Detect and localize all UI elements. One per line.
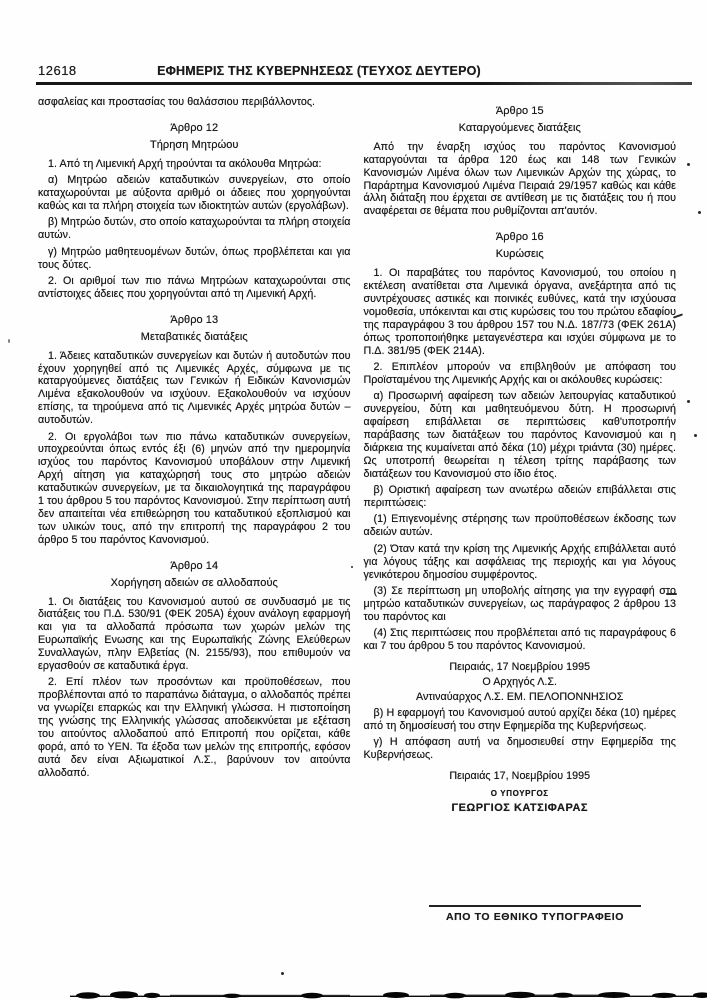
minister-name: ΓΕΩΡΓΙΟΣ ΚΑΤΣΙΦΑΡΑΣ — [364, 802, 677, 815]
article-subtitle: Χορήγηση αδειών σε αλλοδαπούς — [38, 577, 351, 590]
scan-speck — [687, 400, 690, 403]
paragraph: 1. Οι παραβάτες του παρόντος Κανονισμού,… — [364, 267, 677, 357]
left-column: ασφαλείας και προστασίας του θαλάσσιου π… — [38, 92, 351, 815]
paragraph: α) Μητρώο αδειών καταδυτικών συνεργείων,… — [38, 174, 351, 213]
footer-imprint-text: ΑΠΟ ΤΟ ΕΘΝΙΚΟ ΤΥΠΟΓΡΑΦΕΙΟ — [446, 911, 624, 923]
scan-speck — [687, 163, 690, 166]
paragraph: 2. Οι εργολάβοι των πιο πάνω καταδυτικών… — [38, 431, 351, 547]
paragraph: β) Μητρώο δυτών, στο οποίο καταχωρούνται… — [38, 216, 351, 242]
article-heading: Άρθρο 15 — [364, 105, 677, 118]
paragraph: 1. Οι διατάξεις του Κανονισμού αυτού σε … — [38, 596, 351, 673]
header-title: ΕΦΗΜΕΡΙΣ ΤΗΣ ΚΥΒΕΡΝΗΣΕΩΣ (ΤΕΥΧΟΣ ΔΕΥΤΕΡΟ… — [110, 64, 678, 78]
signature-line: Ο Αρχηγός Λ.Σ. — [364, 676, 677, 689]
date-line: Πειραιάς, 17 Νοεμβρίου 1995 — [364, 661, 677, 674]
paragraph: (2) Όταν κατά την κρίση της Λιμενικής Αρ… — [364, 543, 677, 582]
article-heading: Άρθρο 14 — [38, 560, 351, 573]
footer-imprint: ΑΠΟ ΤΟ ΕΘΝΙΚΟ ΤΥΠΟΓΡΑΦΕΙΟ — [429, 905, 641, 923]
header-rule — [36, 82, 692, 85]
paragraph: α) Προσωρινή αφαίρεση των αδειών λειτουρ… — [364, 390, 677, 480]
paragraph: 1. Από τη Λιμενική Αρχή τηρούνται τα ακό… — [38, 158, 351, 171]
page-number: 12618 — [38, 63, 110, 78]
signature-line: Αντιναύαρχος Λ.Σ. ΕΜ. ΠΕΛΟΠΟΝΝΗΣΙΟΣ — [364, 691, 677, 704]
scan-speck — [8, 339, 10, 343]
paragraph-continued: ασφαλείας και προστασίας του θαλάσσιου π… — [38, 96, 351, 109]
minister-title: Ο ΥΠΟΥΡΓΟΣ — [364, 788, 677, 801]
scan-speck — [281, 972, 284, 975]
article-subtitle: Μεταβατικές διατάξεις — [38, 331, 351, 344]
article-heading: Άρθρο 12 — [38, 122, 351, 135]
article-subtitle: Καταργούμενες διατάξεις — [364, 122, 677, 135]
gazette-page: 12618 ΕΦΗΜΕΡΙΣ ΤΗΣ ΚΥΒΕΡΝΗΣΕΩΣ (ΤΕΥΧΟΣ Δ… — [0, 0, 707, 1000]
article-heading: Άρθρο 13 — [38, 314, 351, 327]
article-subtitle: Τήρηση Μητρώου — [38, 139, 351, 152]
document-body: ασφαλείας και προστασίας του θαλάσσιου π… — [38, 92, 676, 815]
date-line: Πειραιάς 17, Νοεμβρίου 1995 — [364, 770, 677, 783]
paragraph: β) Η εφαρμογή του Κανονισμού αυτού αρχίζ… — [364, 707, 677, 733]
scan-speck — [694, 434, 697, 437]
scan-edge-artifact — [0, 986, 707, 1000]
paragraph: (3) Σε περίπτωση μη υποβολής αίτησης για… — [364, 585, 677, 624]
paragraph: (4) Στις περιπτώσεις που προβλέπεται από… — [364, 627, 677, 653]
scan-speck — [666, 593, 677, 595]
scan-speck — [351, 566, 353, 568]
scan-speck — [698, 211, 701, 214]
paragraph: β) Οριστική αφαίρεση των ανωτέρω αδειών … — [364, 484, 677, 510]
paragraph: γ) Μητρώο μαθητευομένων δυτών, όπως προβ… — [38, 246, 351, 272]
paragraph: γ) Η απόφαση αυτή να δημοσιευθεί στην Εφ… — [364, 736, 677, 762]
paragraph: 2. Οι αριθμοί των πιο πάνω Μητρώων καταχ… — [38, 275, 351, 301]
article-heading: Άρθρο 16 — [364, 231, 677, 244]
right-column: Άρθρο 15Καταργούμενες διατάξειςΑπό την έ… — [364, 92, 677, 815]
article-subtitle: Κυρώσεις — [364, 248, 677, 261]
page-header: 12618 ΕΦΗΜΕΡΙΣ ΤΗΣ ΚΥΒΕΡΝΗΣΕΩΣ (ΤΕΥΧΟΣ Δ… — [38, 63, 678, 78]
paragraph: 1. Άδειες καταδυτικών συνεργείων και δυτ… — [38, 350, 351, 427]
paragraph: 2. Επί πλέον των προσόντων και προϋποθέσ… — [38, 676, 351, 779]
paragraph: (1) Επιγενομένης στέρησης των προϋποθέσε… — [364, 513, 677, 539]
paragraph: Από την έναρξη ισχύος του παρόντος Κανον… — [364, 141, 677, 218]
paragraph: 2. Επιπλέον μπορούν να επιβληθούν με από… — [364, 361, 677, 387]
